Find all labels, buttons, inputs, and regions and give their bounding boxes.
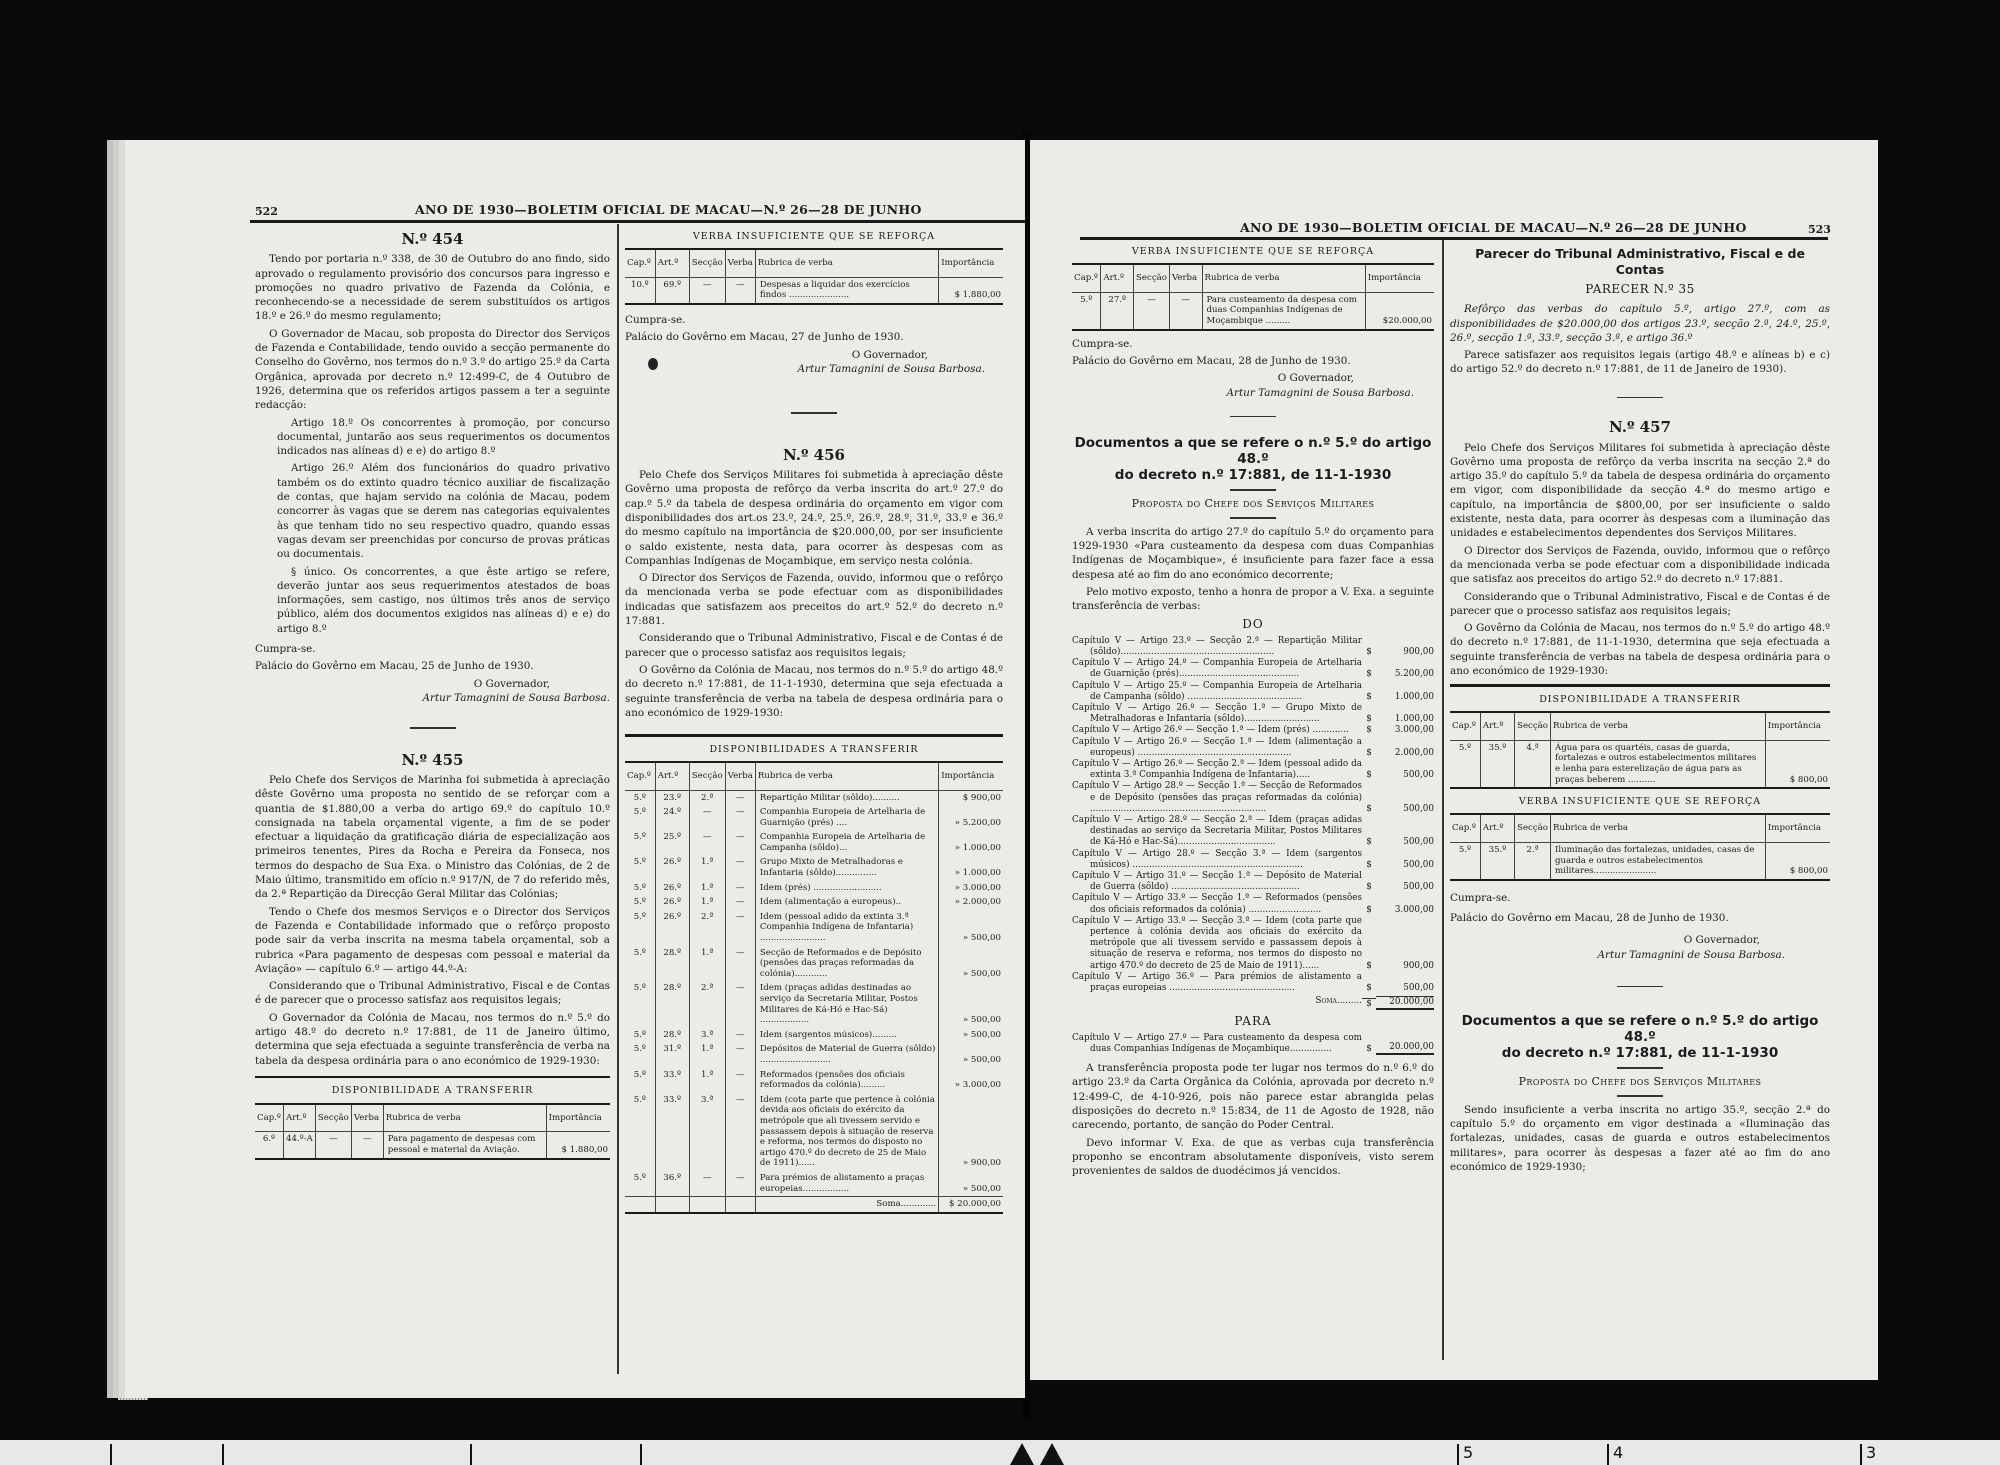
list-item: Capítulo V — Artigo 23.º — Secção 2.ª — … bbox=[1072, 636, 1434, 658]
amount: 800,00 bbox=[1798, 866, 1828, 876]
item-text: Capítulo V — Artigo 28.º — Secção 3.ª — … bbox=[1072, 849, 1362, 871]
amount: 3.000,00 bbox=[963, 1080, 1001, 1090]
col-header: Secção bbox=[315, 1104, 351, 1132]
paragraph: O Director dos Serviços de Fazenda, ouvi… bbox=[1450, 544, 1830, 587]
transfer-table: Cap.º Art.º Secção Rubrica de verba Impo… bbox=[1450, 711, 1830, 789]
cell: 1.ª bbox=[689, 855, 725, 880]
sum-row: Soma.............$ 20.000,00 bbox=[625, 1197, 1003, 1213]
col-header: Rubrica de verba bbox=[1550, 712, 1765, 740]
amount: 500,00 bbox=[971, 969, 1001, 979]
cell: 5.º bbox=[625, 881, 655, 896]
cell: » 2.000,00 bbox=[939, 895, 1003, 910]
cell: 5.º bbox=[625, 981, 655, 1027]
governor-title: O Governador, bbox=[255, 677, 610, 691]
cell: 25.º bbox=[655, 830, 689, 855]
col-header: Rubrica de verba bbox=[755, 249, 938, 277]
cell: $ 900,00 bbox=[939, 790, 1003, 805]
cell: 5.º bbox=[625, 910, 655, 946]
film-tick bbox=[110, 1444, 112, 1465]
to-label: PARA bbox=[1072, 1014, 1434, 1028]
col-header: Rubrica de verba bbox=[1550, 814, 1765, 842]
governor-title: O Governador, bbox=[625, 348, 1003, 362]
palace-date: Palácio do Govêrno em Macau, 27 de Junho… bbox=[625, 330, 1003, 344]
cell: Idem (cota parte que pertence à colónia … bbox=[755, 1093, 938, 1171]
column-divider bbox=[617, 224, 619, 1374]
cell: — bbox=[725, 895, 755, 910]
col-header: Cap.º bbox=[1450, 712, 1480, 740]
amount: 1.000,00 bbox=[963, 843, 1001, 853]
col-header: Secção bbox=[1515, 814, 1551, 842]
item-text: Capítulo V — Artigo 28.º — Secção 2.ª — … bbox=[1072, 815, 1362, 849]
table-title: DISPONIBILIDADE A TRANSFERIR bbox=[1450, 693, 1830, 707]
cell: 31.º bbox=[655, 1042, 689, 1067]
cell: $ 800,00 bbox=[1765, 740, 1830, 788]
cell: — bbox=[725, 946, 755, 982]
col-header: Importância bbox=[546, 1104, 610, 1132]
article-26: Artigo 26.º Além dos funcionários do qua… bbox=[255, 461, 610, 561]
header-rule bbox=[1080, 237, 1828, 240]
item-text: Capítulo V — Artigo 26.º — Secção 1.ª — … bbox=[1072, 725, 1362, 736]
table-row: 5.º28.º1.ª—Secção de Reformados e de Dep… bbox=[625, 946, 1003, 982]
cell: » 3.000,00 bbox=[939, 881, 1003, 896]
amount: 500,00 bbox=[1376, 860, 1434, 871]
governor-title: O Governador, bbox=[1450, 933, 1830, 947]
cell: — bbox=[1134, 292, 1170, 329]
list-item: Capítulo V — Artigo 24.º — Companhia Eur… bbox=[1072, 658, 1434, 680]
paragraph: O Govêrno da Colónia de Macau, nos termo… bbox=[1450, 621, 1830, 678]
cell: 24.º bbox=[655, 805, 689, 830]
cumpra-se: Cumpra-se. bbox=[255, 642, 610, 656]
proposal-subheading: Proposta do Chefe dos Serviços Militares bbox=[1072, 497, 1434, 511]
parecer-summary: Refôrço das verbas do capítulo 5.º, arti… bbox=[1450, 302, 1830, 345]
cell: 5.º bbox=[625, 805, 655, 830]
cell: Grupo Mixto de Metralhadoras e Infantari… bbox=[755, 855, 938, 880]
separator bbox=[1617, 1095, 1663, 1097]
amount: 500,00 bbox=[1376, 983, 1434, 994]
amount: 800,00 bbox=[1798, 775, 1828, 785]
col-header: Importância bbox=[939, 249, 1003, 277]
paragraph: Considerando que o Tribunal Administrati… bbox=[625, 631, 1003, 660]
col-header: Importância bbox=[939, 762, 1003, 790]
table-row: 5.º25.º——Companhia Europeia de Artelhari… bbox=[625, 830, 1003, 855]
item-text: Capítulo V — Artigo 36.º — Para prémios … bbox=[1072, 972, 1362, 994]
list-item: Capítulo V — Artigo 36.º — Para prémios … bbox=[1072, 972, 1434, 994]
center-marker-icon bbox=[1010, 1443, 1034, 1465]
cell: 5.º bbox=[1450, 842, 1480, 879]
cell: — bbox=[689, 805, 725, 830]
item-text: Capítulo V — Artigo 25.º — Companhia Eur… bbox=[1072, 681, 1362, 703]
list-item: Capítulo V — Artigo 33.º — Secção 3.ª — … bbox=[1072, 916, 1434, 972]
table-row: 5.º28.º2.ª—Idem (praças adidas destinada… bbox=[625, 981, 1003, 1027]
currency: $ bbox=[1362, 804, 1376, 815]
cell: — bbox=[1169, 292, 1202, 329]
cumpra-se: Cumpra-se. bbox=[1072, 337, 1434, 351]
paragraph: O Governador de Macau, sob proposta do D… bbox=[255, 327, 610, 413]
cell: 1.ª bbox=[689, 881, 725, 896]
cell: » 3.000,00 bbox=[939, 1068, 1003, 1093]
currency: $ bbox=[1362, 837, 1376, 848]
amount: 900,00 bbox=[971, 793, 1001, 803]
running-head: ANO DE 1930—BOLETIM OFICIAL DE MACAU—N.º… bbox=[415, 202, 922, 217]
right-column-1: VERBA INSUFICIENTE QUE SE REFORÇA Cap.º … bbox=[1072, 243, 1434, 1182]
cell: — bbox=[725, 805, 755, 830]
currency: $ bbox=[949, 1199, 954, 1209]
item-text: Capítulo V — Artigo 26.º — Secção 2.ª — … bbox=[1072, 759, 1362, 781]
cell: 26.º bbox=[655, 910, 689, 946]
col-header: Importância bbox=[1765, 712, 1830, 740]
amount: 500,00 bbox=[1376, 882, 1434, 893]
film-tick bbox=[1607, 1444, 1609, 1465]
amount: 500,00 bbox=[1376, 837, 1434, 848]
list-item: Capítulo V — Artigo 28.º — Secção 3.ª — … bbox=[1072, 849, 1434, 871]
table-header-row: Cap.º Art.º Secção Verba Rubrica de verb… bbox=[1072, 264, 1434, 292]
film-tick bbox=[640, 1444, 642, 1465]
sum-amount: 20.000,00 bbox=[1376, 996, 1434, 1010]
reinforced-table: Cap.º Art.º Secção Rubrica de verba Impo… bbox=[1450, 813, 1830, 880]
amount: 500,00 bbox=[971, 1030, 1001, 1040]
table-row: 5.º 27.º — — Para custeamento da despesa… bbox=[1072, 292, 1434, 329]
cell: 2.ª bbox=[689, 790, 725, 805]
paragraph: Devo informar V. Exa. de que as verbas c… bbox=[1072, 1136, 1434, 1179]
col-header: Verba bbox=[1169, 264, 1202, 292]
cell: » 500,00 bbox=[939, 1028, 1003, 1043]
currency: $ bbox=[1790, 775, 1795, 785]
amount: 5.200,00 bbox=[963, 818, 1001, 828]
list-item: Capítulo V — Artigo 28.º — Secção 1.ª — … bbox=[1072, 781, 1434, 815]
table-row: 5.º36.º——Para prémios de alistamento a p… bbox=[625, 1171, 1003, 1197]
documents-heading: Documentos a que se refere o n.º 5.º do … bbox=[1450, 1013, 1830, 1061]
table-row: 5.º33.º1.ª—Reformados (pensões dos ofici… bbox=[625, 1068, 1003, 1093]
cell: Reformados (pensões dos oficiais reforma… bbox=[755, 1068, 938, 1093]
item-text: Capítulo V — Artigo 26.º — Secção 1.ª — … bbox=[1072, 703, 1362, 725]
col-header: Art.º bbox=[655, 762, 689, 790]
cell: » 900,00 bbox=[939, 1093, 1003, 1171]
cell: — bbox=[315, 1132, 351, 1159]
amount: 900,00 bbox=[971, 1158, 1001, 1168]
decree-number: N.º 456 bbox=[625, 448, 1003, 462]
cell: 3.ª bbox=[689, 1093, 725, 1171]
cell: » 500,00 bbox=[939, 1171, 1003, 1197]
tribunal-heading: Parecer do Tribunal Administrativo, Fisc… bbox=[1450, 246, 1830, 278]
cell: 10.º bbox=[625, 277, 655, 304]
cell: — bbox=[725, 1171, 755, 1197]
section-separator bbox=[1230, 416, 1276, 418]
paragraph: A verba inscrita do artigo 27.º do capít… bbox=[1072, 525, 1434, 582]
sum-label: Soma............. bbox=[755, 1197, 938, 1213]
cell: 44.º-A bbox=[283, 1132, 315, 1159]
table-title: DISPONIBILIDADES A TRANSFERIR bbox=[625, 743, 1003, 757]
cell: Secção de Reformados e de Depósito (pens… bbox=[755, 946, 938, 982]
currency: $ bbox=[1362, 961, 1376, 972]
currency: $ bbox=[1362, 1044, 1376, 1055]
col-header: Secção bbox=[689, 249, 725, 277]
list-item: Capítulo V — Artigo 26.º — Secção 1.ª — … bbox=[1072, 725, 1434, 736]
column-divider bbox=[1442, 240, 1444, 1360]
cell: Companhia Europeia de Artelharia de Guar… bbox=[755, 805, 938, 830]
amount: 3.000,00 bbox=[963, 883, 1001, 893]
col-header: Verba bbox=[725, 762, 755, 790]
col-header: Cap.º bbox=[1072, 264, 1101, 292]
currency: $ bbox=[1362, 905, 1376, 916]
table-row: 5.º33.º3.ª—Idem (cota parte que pertence… bbox=[625, 1093, 1003, 1171]
table-row: 5.º26.º2.ª—Idem (pessoal adido da extint… bbox=[625, 910, 1003, 946]
cell: 5.º bbox=[625, 1028, 655, 1043]
paragraph: O Governador da Colónia de Macau, nos te… bbox=[255, 1011, 610, 1068]
list-item: Capítulo V — Artigo 28.º — Secção 2.ª — … bbox=[1072, 815, 1434, 849]
cell: 5.º bbox=[625, 855, 655, 880]
heading-line: do decreto n.º 17:881, de 11-1-1930 bbox=[1450, 1045, 1830, 1061]
paragraph: Parece satisfazer aos requisitos legais … bbox=[1450, 348, 1830, 377]
cell: 5.º bbox=[625, 1042, 655, 1067]
table-row: 5.º 35.º 4.ª Água para os quartéis, casa… bbox=[1450, 740, 1830, 788]
cell: 3.ª bbox=[689, 1028, 725, 1043]
col-header: Rubrica de verba bbox=[383, 1104, 546, 1132]
list-item: Capítulo V — Artigo 26.º — Secção 1.ª — … bbox=[1072, 737, 1434, 759]
cell: 35.º bbox=[1480, 842, 1514, 879]
sum-line: Soma.........$20.000,00 bbox=[1072, 996, 1434, 1010]
paragraph: Pelo Chefe dos Serviços de Marinha foi s… bbox=[255, 773, 610, 902]
cell: 27.º bbox=[1101, 292, 1134, 329]
palace-date: Palácio do Govêrno em Macau, 28 de Junho… bbox=[1450, 911, 1830, 925]
currency: » bbox=[963, 1030, 968, 1040]
page-number: 522 bbox=[255, 205, 278, 218]
cell: 1.ª bbox=[689, 895, 725, 910]
cell: 5.º bbox=[625, 895, 655, 910]
table-row: 5.º26.º1.ª—Idem (alimentação a europeus)… bbox=[625, 895, 1003, 910]
governor-signature: Artur Tamagnini de Sousa Barbosa. bbox=[1072, 386, 1434, 400]
decree-number: N.º 454 bbox=[255, 232, 610, 246]
cell: 26.º bbox=[655, 881, 689, 896]
amount: 1.000,00 bbox=[1376, 714, 1434, 725]
cell: Para pagamento de despesas com pessoal e… bbox=[383, 1132, 546, 1159]
item-text: Capítulo V — Artigo 33.º — Secção 1.ª — … bbox=[1072, 893, 1362, 915]
from-items-list: Capítulo V — Artigo 23.º — Secção 2.ª — … bbox=[1072, 636, 1434, 995]
heading-line: do decreto n.º 17:881, de 11-1-1930 bbox=[1072, 467, 1434, 483]
heading-line: Documentos a que se refere o n.º 5.º do … bbox=[1450, 1013, 1830, 1045]
paragraph: O Govêrno da Colónia de Macau, nos termo… bbox=[625, 663, 1003, 720]
decree-number: N.º 457 bbox=[1450, 420, 1830, 434]
cell: — bbox=[725, 1042, 755, 1067]
cell: Água para os quartéis, casas de guarda, … bbox=[1550, 740, 1765, 788]
col-header: Art.º bbox=[1101, 264, 1134, 292]
cell: Iluminação das fortalezas, unidades, cas… bbox=[1550, 842, 1765, 879]
currency: $ bbox=[1362, 983, 1376, 994]
currency: » bbox=[955, 868, 960, 878]
cell: — bbox=[725, 830, 755, 855]
reinforced-table: Cap.º Art.º Secção Verba Rubrica de verb… bbox=[625, 248, 1003, 305]
paragraph: Considerando que o Tribunal Administrati… bbox=[255, 979, 610, 1008]
film-mark: 5 bbox=[1463, 1443, 1473, 1462]
cell: » 1.000,00 bbox=[939, 830, 1003, 855]
palace-date: Palácio do Govêrno em Macau, 28 de Junho… bbox=[1072, 354, 1434, 368]
cell: 5.º bbox=[625, 1093, 655, 1171]
cell: Idem (prés) ......................... bbox=[755, 881, 938, 896]
sum-label: Soma......... bbox=[1072, 996, 1362, 1010]
paragraph: Pelo Chefe dos Serviços Militares foi su… bbox=[1450, 441, 1830, 541]
col-header: Secção bbox=[1515, 712, 1551, 740]
cell: 28.º bbox=[655, 946, 689, 982]
cell: $ 20.000,00 bbox=[939, 1197, 1003, 1213]
amount: 500,00 bbox=[971, 933, 1001, 943]
heading-line: Documentos a que se refere o n.º 5.º do … bbox=[1072, 435, 1434, 467]
cell: — bbox=[689, 1171, 725, 1197]
cell: » 5.200,00 bbox=[939, 805, 1003, 830]
table-row: 5.º31.º1.ª—Depósitos de Material de Guer… bbox=[625, 1042, 1003, 1067]
table-row: 5.º26.º1.ª—Idem (prés) .................… bbox=[625, 881, 1003, 896]
cell: 5.º bbox=[625, 946, 655, 982]
cumpra-se: Cumpra-se. bbox=[625, 313, 1003, 327]
governor-signature: Artur Tamagnini de Sousa Barbosa. bbox=[255, 691, 610, 705]
paragraph: Tendo o Chefe dos mesmos Serviços e o Di… bbox=[255, 905, 610, 976]
cell: 33.º bbox=[655, 1068, 689, 1093]
right-page: ANO DE 1930—BOLETIM OFICIAL DE MACAU—N.º… bbox=[1030, 140, 1878, 1380]
currency: $ bbox=[955, 290, 960, 300]
governor-title: O Governador, bbox=[1072, 371, 1434, 385]
cell: » 500,00 bbox=[939, 910, 1003, 946]
item-text: Capítulo V — Artigo 26.º — Secção 1.ª — … bbox=[1072, 737, 1362, 759]
cumpra-se: Cumpra-se. bbox=[1450, 891, 1830, 905]
cell: 1.ª bbox=[689, 1042, 725, 1067]
list-item: Capítulo V — Artigo 26.º — Secção 2.ª — … bbox=[1072, 759, 1434, 781]
currency: » bbox=[963, 933, 968, 943]
amount: 20.000,00 bbox=[1388, 316, 1432, 326]
currency: » bbox=[963, 1055, 968, 1065]
table-header-row: Cap.º Art.º Secção Rubrica de verba Impo… bbox=[1450, 814, 1830, 842]
cell: 69.º bbox=[655, 277, 689, 304]
currency: » bbox=[955, 1080, 960, 1090]
col-header: Cap.º bbox=[255, 1104, 283, 1132]
currency: » bbox=[955, 843, 960, 853]
cell: — bbox=[689, 277, 725, 304]
table-row: 5.º24.º——Companhia Europeia de Artelhari… bbox=[625, 805, 1003, 830]
cell: 35.º bbox=[1480, 740, 1514, 788]
amount: 2.000,00 bbox=[1376, 748, 1434, 759]
amount: 2.000,00 bbox=[963, 897, 1001, 907]
paragraph: Pelo motivo exposto, tenho a honra de pr… bbox=[1072, 585, 1434, 614]
amount: 500,00 bbox=[1376, 804, 1434, 815]
center-marker-icon bbox=[1040, 1443, 1064, 1465]
table-header-row: Cap.º Art.º Secção Rubrica de verba Impo… bbox=[1450, 712, 1830, 740]
cell: Companhia Europeia de Artelharia de Camp… bbox=[755, 830, 938, 855]
col-header: Importância bbox=[1765, 814, 1830, 842]
cell: — bbox=[725, 1028, 755, 1043]
section-separator bbox=[791, 412, 837, 414]
rule bbox=[625, 734, 1003, 737]
amount: 3.000,00 bbox=[1376, 725, 1434, 736]
currency: $ bbox=[1362, 882, 1376, 893]
left-column-1: N.º 454 Tendo por portaria n.º 338, de 3… bbox=[255, 228, 610, 1166]
cell: — bbox=[725, 277, 755, 304]
currency: $ bbox=[1362, 647, 1376, 658]
table-header-row: Cap.º Art.º Secção Verba Rubrica de verb… bbox=[625, 249, 1003, 277]
right-column-2: Parecer do Tribunal Administrativo, Fisc… bbox=[1450, 244, 1830, 1177]
table-header-row: Cap.º Art.º Secção Verba Rubrica de verb… bbox=[625, 762, 1003, 790]
table-row: 6.º 44.º-A — — Para pagamento de despesa… bbox=[255, 1132, 610, 1159]
decree-number: N.º 455 bbox=[255, 753, 610, 767]
table-title: VERBA INSUFICIENTE QUE SE REFORÇA bbox=[625, 230, 1003, 244]
currency: $ bbox=[1362, 725, 1376, 736]
item-text: Capítulo V — Artigo 28.º — Secção 1.ª — … bbox=[1072, 781, 1362, 815]
list-item: Capítulo V — Artigo 26.º — Secção 1.ª — … bbox=[1072, 703, 1434, 725]
col-header: Importância bbox=[1365, 264, 1434, 292]
item-text: Capítulo V — Artigo 24.º — Companhia Eur… bbox=[1072, 658, 1362, 680]
amount: 500,00 bbox=[971, 1055, 1001, 1065]
amount: 500,00 bbox=[971, 1015, 1001, 1025]
cell: Idem (pessoal adido da extinta 3.ª Compa… bbox=[755, 910, 938, 946]
microfilm-strip: 5 4 3 bbox=[0, 1440, 2000, 1465]
col-header: Art.º bbox=[1480, 712, 1514, 740]
proposal-subheading: Proposta do Chefe dos Serviços Militares bbox=[1450, 1075, 1830, 1089]
col-header: Art.º bbox=[283, 1104, 315, 1132]
rule bbox=[255, 1076, 610, 1079]
section-separator bbox=[1617, 986, 1663, 988]
paragraph: O Director dos Serviços de Fazenda, ouvi… bbox=[625, 571, 1003, 628]
sole-paragraph: § único. Os concorrentes, a que êste art… bbox=[255, 565, 610, 636]
amount: 1.000,00 bbox=[963, 868, 1001, 878]
col-header: Rubrica de verba bbox=[755, 762, 938, 790]
film-tick bbox=[1457, 1444, 1459, 1465]
cell: $20.000,00 bbox=[1365, 292, 1434, 329]
cell: 5.º bbox=[1072, 292, 1101, 329]
amount: 3.000,00 bbox=[1376, 905, 1434, 916]
col-header: Cap.º bbox=[625, 762, 655, 790]
list-item: Capítulo V — Artigo 33.º — Secção 1.ª — … bbox=[1072, 893, 1434, 915]
article-18: Artigo 18.º Os concorrentes à promoção, … bbox=[255, 416, 610, 459]
cell: $ 1.880,00 bbox=[939, 277, 1003, 304]
separator bbox=[1617, 1067, 1663, 1069]
section-separator bbox=[410, 727, 456, 729]
currency: » bbox=[955, 897, 960, 907]
amount: 500,00 bbox=[1376, 770, 1434, 781]
amount: 5.200,00 bbox=[1376, 669, 1434, 680]
cell: 6.º bbox=[255, 1132, 283, 1159]
governor-signature: Artur Tamagnini de Sousa Barbosa. bbox=[1450, 948, 1830, 962]
currency: $ bbox=[1362, 714, 1376, 725]
to-item: Capítulo V — Artigo 27.º — Para custeame… bbox=[1072, 1033, 1434, 1055]
amount: 1.880,00 bbox=[963, 290, 1001, 300]
list-item: Capítulo V — Artigo 25.º — Companhia Eur… bbox=[1072, 681, 1434, 703]
currency: » bbox=[963, 969, 968, 979]
cell: 28.º bbox=[655, 1028, 689, 1043]
currency: $ bbox=[1362, 998, 1376, 1010]
col-header: Art.º bbox=[655, 249, 689, 277]
amount: 20.000,00 bbox=[1376, 1042, 1434, 1055]
cell: — bbox=[725, 910, 755, 946]
cell: Idem (praças adidas destinadas ao serviç… bbox=[755, 981, 938, 1027]
cell: — bbox=[351, 1132, 383, 1159]
currency: » bbox=[963, 1158, 968, 1168]
cell: » 500,00 bbox=[939, 946, 1003, 982]
table-row: 5.º23.º2.ª—Repartição Militar (sôldo)...… bbox=[625, 790, 1003, 805]
table-title: DISPONIBILIDADE A TRANSFERIR bbox=[255, 1084, 610, 1098]
cell: 5.º bbox=[625, 790, 655, 805]
cell: 5.º bbox=[625, 1068, 655, 1093]
transfer-table: Cap.º Art.º Secção Verba Rubrica de verb… bbox=[625, 761, 1003, 1214]
paragraph: Considerando que o Tribunal Administrati… bbox=[1450, 590, 1830, 619]
cell: 26.º bbox=[655, 855, 689, 880]
transfer-table: Cap.º Art.º Secção Verba Rubrica de verb… bbox=[255, 1103, 610, 1160]
table-title: VERBA INSUFICIENTE QUE SE REFORÇA bbox=[1450, 795, 1830, 809]
cell: — bbox=[725, 881, 755, 896]
cell: Idem (alimentação a europeus).. bbox=[755, 895, 938, 910]
cell: Depósitos de Material de Guerra (sôldo) … bbox=[755, 1042, 938, 1067]
table-row: 5.º26.º1.ª—Grupo Mixto de Metralhadoras … bbox=[625, 855, 1003, 880]
currency: $ bbox=[1362, 770, 1376, 781]
paragraph: Pelo Chefe dos Serviços Militares foi su… bbox=[625, 468, 1003, 568]
col-header: Verba bbox=[351, 1104, 383, 1132]
cell: 2.ª bbox=[689, 981, 725, 1027]
amount: 900,00 bbox=[1376, 647, 1434, 658]
